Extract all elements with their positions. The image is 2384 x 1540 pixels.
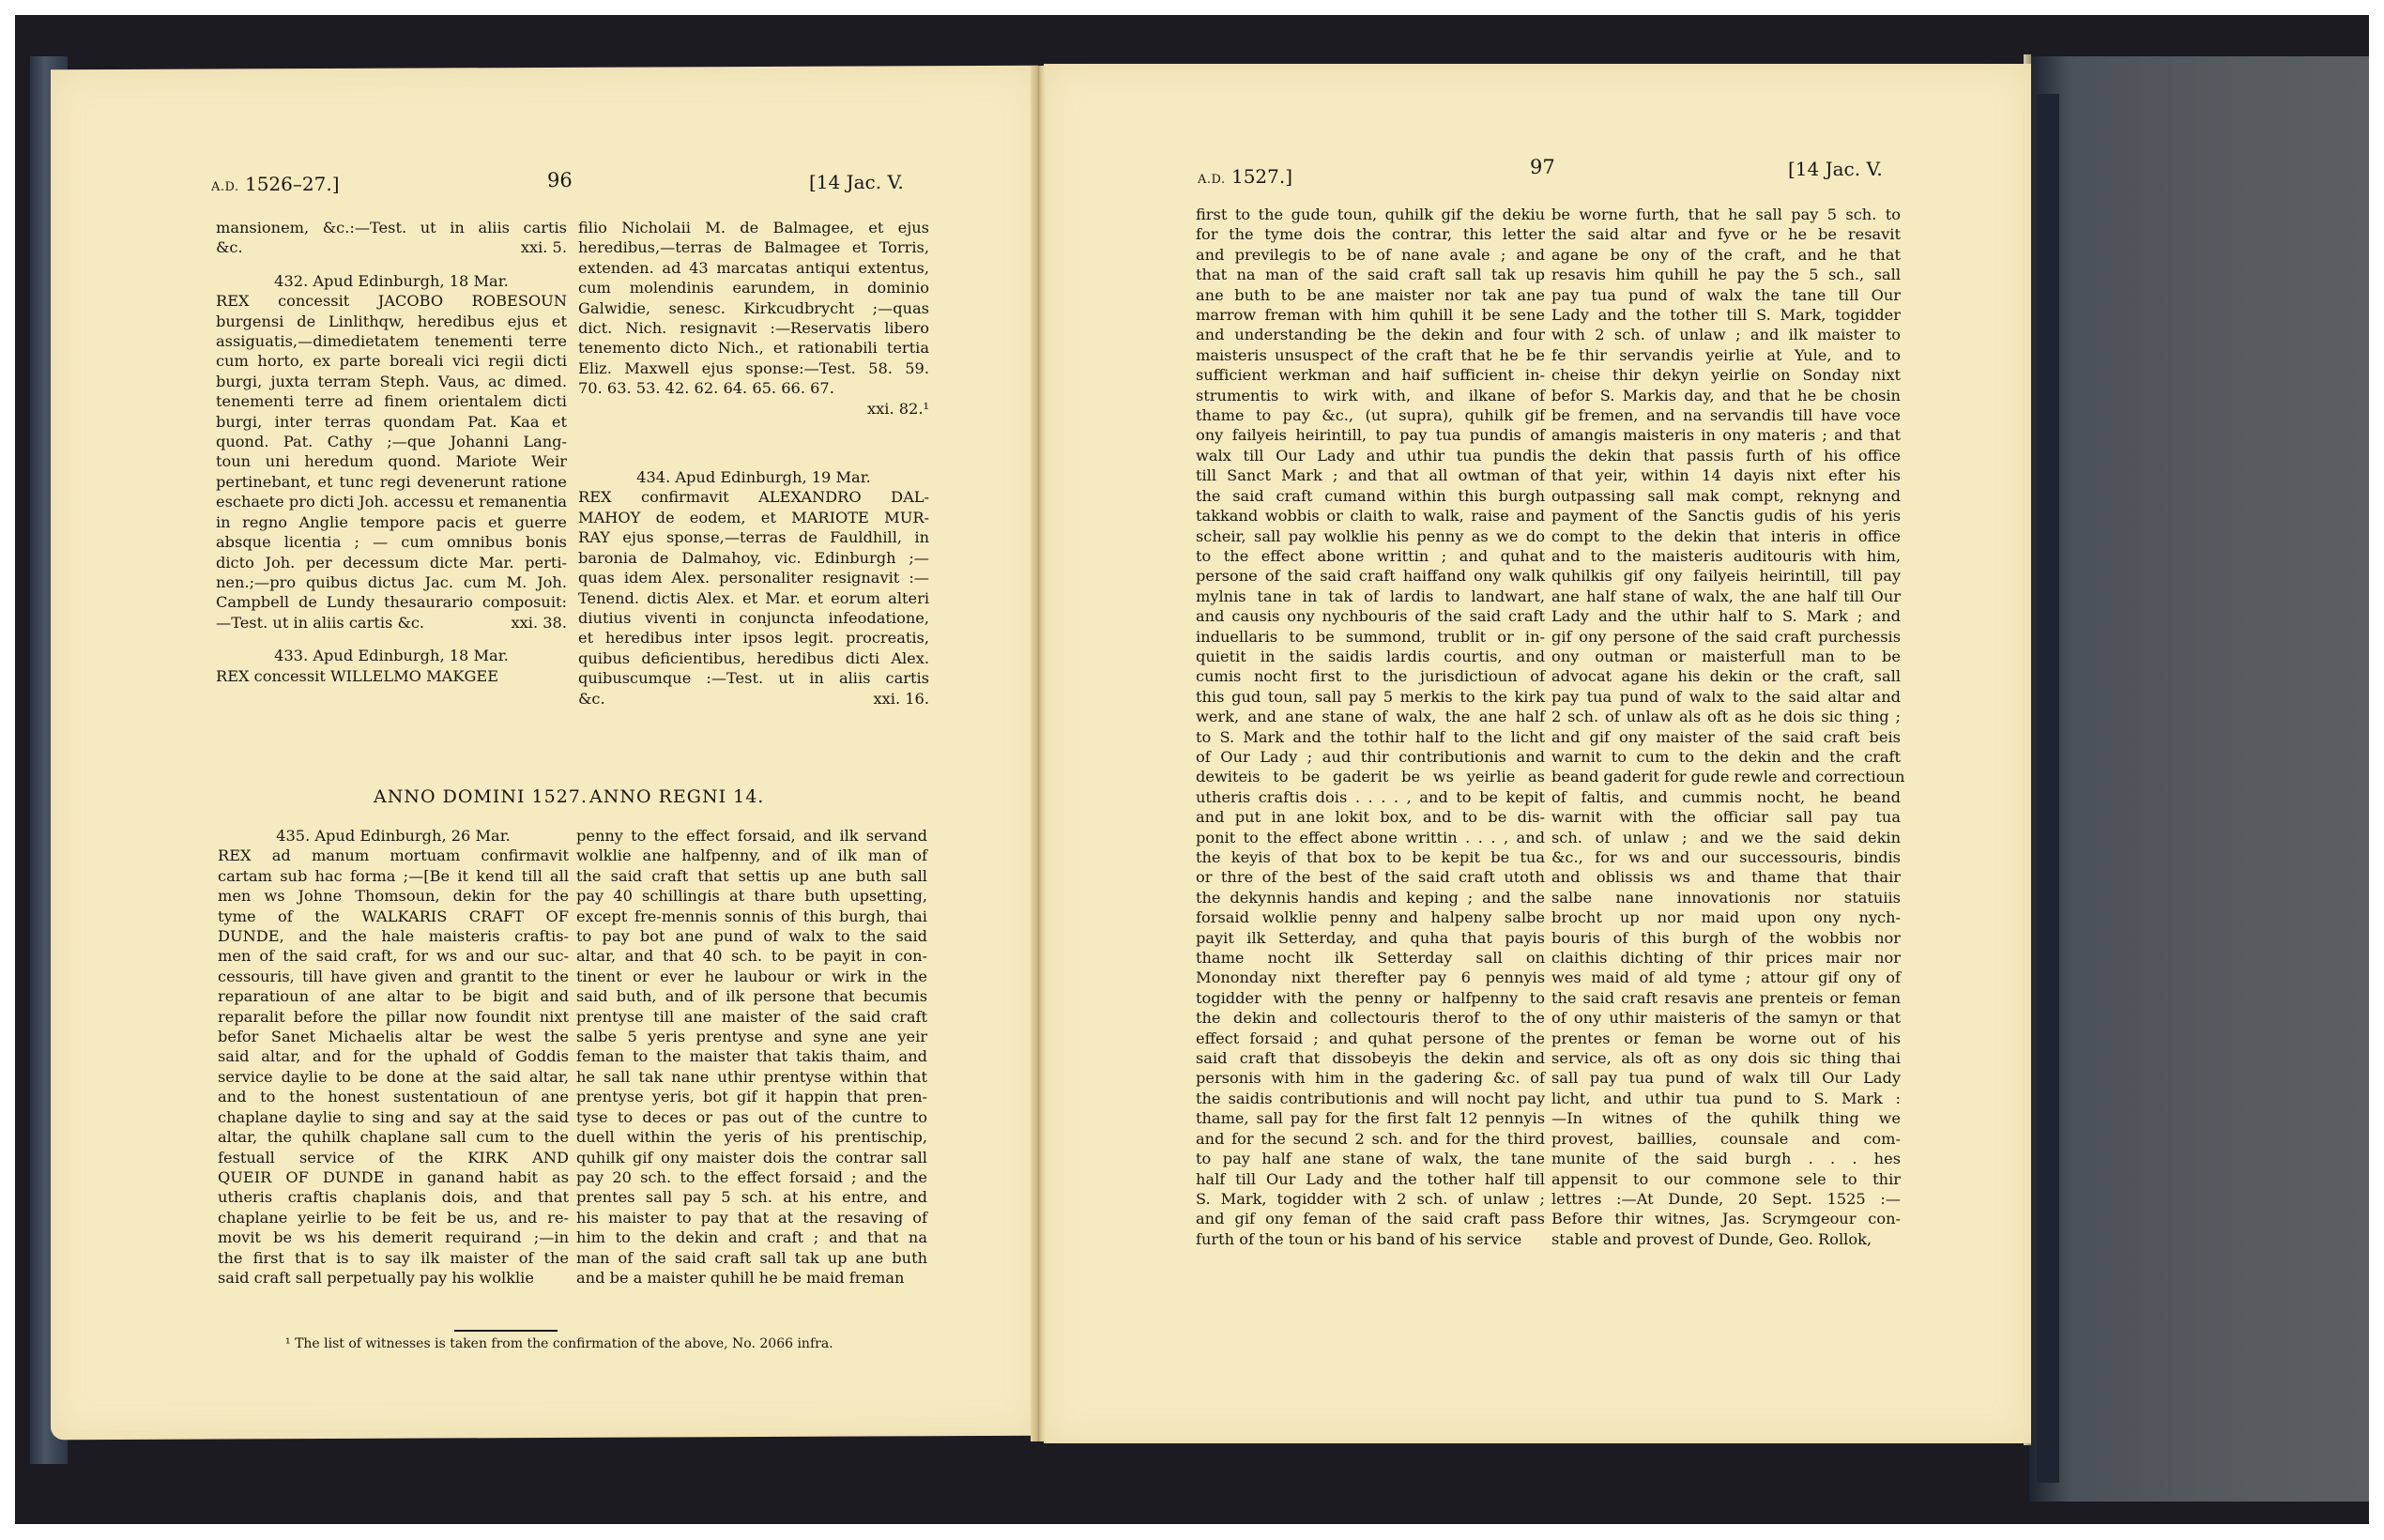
text-line: chaplane yeirlie to be feit be us, and r… xyxy=(218,1208,569,1227)
text-line: fe thir servandis yeirlie at Yule, and t… xyxy=(1551,345,1901,365)
text-line: to S. Mark and the tothir half to the li… xyxy=(1196,727,1545,747)
text-line: duell within the yeris of his prentischi… xyxy=(576,1127,927,1147)
text-line: he sall tak nane uthir prentyse within t… xyxy=(576,1067,927,1087)
text-line: mylnis tane in tak of lardis to landwart… xyxy=(1196,587,1545,606)
continuation-line: &c.xxi. 5. xyxy=(216,237,567,257)
text-line: said craft that dissobeyis the dekin and xyxy=(1196,1048,1545,1068)
text-line: sall pay tua pund of walx till Our Lady xyxy=(1551,1068,1901,1088)
text-line: cheise thir dekyn yeirlie on Sonday nixt xyxy=(1551,365,1901,385)
text-line: to pay half ane stane of walx, the tane xyxy=(1196,1149,1545,1168)
text-line: bouris of this burgh of the wobbis nor xyxy=(1551,928,1901,948)
text-line: and put in ane lokit box, and to be dis- xyxy=(1196,807,1545,827)
text-line: chaplane daylie to sing and say at the s… xyxy=(218,1107,569,1127)
text-line: that yeir, within 14 dayis nixt efter hi… xyxy=(1551,465,1901,485)
text-line: prentes or feman be worne out of his xyxy=(1551,1029,1901,1048)
text-line: toun uni heredum quond. Mariote Weir xyxy=(216,451,567,471)
text-line: brocht up nor maid upon ony nych- xyxy=(1551,907,1901,927)
text-line: movit be ws his demerit requirand ;—in xyxy=(218,1227,569,1247)
anno-regni-heading: ANNO REGNI 14. xyxy=(589,786,764,807)
text-line: wolklie ane halfpenny, and of ilk man of xyxy=(576,846,927,865)
text-line: his maister to pay that at the resaving … xyxy=(576,1208,927,1227)
text-line: cumis nocht first to the jurisdictioun o… xyxy=(1196,666,1545,686)
text-line: reparatioun of ane altar to be bigit and xyxy=(218,986,569,1006)
text-line: REX concessit WILLELMO MAKGEE xyxy=(216,666,567,686)
text-line: personis with him in the gadering &c. of xyxy=(1196,1068,1545,1088)
text-line: this gud toun, sall pay 5 merkis to the … xyxy=(1196,687,1545,707)
text-line: heredibus,—terras de Balmagee et Torris, xyxy=(578,237,929,257)
entry-heading-434: 434. Apud Edinburgh, 19 Mar. xyxy=(578,467,929,487)
left-col1-upper: mansionem, &c.:—Test. ut in aliis cartis… xyxy=(216,218,567,686)
text-line: togidder with the penny or halfpenny to xyxy=(1196,988,1545,1008)
text-line: REX ad manum mortuam confirmavit xyxy=(218,846,569,865)
text-line: quietit in the saidis lardis courtis, an… xyxy=(1196,647,1545,666)
text-line: ane half stane of walx, the ane half til… xyxy=(1551,587,1901,606)
text-line: reparalit before the pillar now foundit … xyxy=(218,1007,569,1027)
text-line: the said altar and fyve or he be resavit xyxy=(1551,224,1901,244)
text-line: the dekin that passis furth of his offic… xyxy=(1551,446,1901,465)
text-line: pay 40 schillingis at thare buth upsetti… xyxy=(576,886,927,906)
text-line: extenden. ad 43 marcatas antiqui extentu… xyxy=(578,258,929,278)
text-line: and understanding be the dekin and four xyxy=(1196,325,1545,344)
text-line: said craft sall perpetually pay his wolk… xyxy=(218,1268,569,1288)
entry-heading-435: 435. Apud Edinburgh, 26 Mar. xyxy=(218,826,569,846)
text-line: prentyse till ane maister of the said cr… xyxy=(576,1007,927,1027)
text-line: thame nocht ilk Setterday sall on xyxy=(1196,948,1545,968)
text-line: men of the said craft, for ws and our su… xyxy=(218,946,569,966)
text-line: Tenend. dictis Alex. et Mar. et eorum al… xyxy=(578,588,929,608)
text-line: tyse to deces or pas out of the cuntre t… xyxy=(576,1107,927,1127)
text-line: the dekin and collectouris therof to the xyxy=(1196,1008,1545,1028)
text-line: Lady and the uthir half to S. Mark ; and xyxy=(1551,606,1901,626)
text-line: or thre of the best of the said craft ut… xyxy=(1196,867,1545,887)
text-line: Galwidie, senesc. Kirkcudbrycht ;—quas xyxy=(578,298,929,318)
text-line: &c., for ws and our successouris, bindis xyxy=(1551,847,1901,867)
entry-435-body: REX ad manum mortuam confirmavitcartam s… xyxy=(218,846,569,1288)
text-line: pay tua pund of walx to the said altar a… xyxy=(1551,687,1901,707)
text-line: S. Mark, togidder with 2 sch. of unlaw ; xyxy=(1196,1189,1545,1209)
text-line: thame, sall pay for the first falt 12 pe… xyxy=(1196,1108,1545,1128)
text-line: the keyis of that box to be kepit be tua xyxy=(1196,847,1545,867)
right-col1: first to the gude toun, quhilk gif the d… xyxy=(1196,205,1545,1249)
text-line: warnit to cum to the dekin and the craft xyxy=(1551,747,1901,767)
text-line: ony failyeis heirintill, to pay tua pund… xyxy=(1196,425,1545,445)
text-line: tinent or ever he laubour or wirk in the xyxy=(576,967,927,986)
text-line: resavis him quhill he pay the 5 sch., sa… xyxy=(1551,265,1901,284)
text-line: 2 sch. of unlaw als oft as he dois sic t… xyxy=(1551,707,1901,726)
right-page-number: 97 xyxy=(1530,156,1555,178)
text-line: to pay bot ane pund of walx to the said xyxy=(576,926,927,946)
text-line: claithis dichting of thir prices mair no… xyxy=(1551,948,1901,968)
text-line: effect forsaid ; and quhat persone of th… xyxy=(1196,1029,1545,1048)
text-line: MAHOY de eodem, et MARIOTE MUR- xyxy=(578,508,929,527)
text-line: et heredibus inter ipsos legit. procreat… xyxy=(578,628,929,648)
text-line: dicto Joh. per decessum dicte Mar. perti… xyxy=(216,553,567,572)
left-col2-lower: penny to the effect forsaid, and ilk ser… xyxy=(576,826,927,1288)
text-line: Before thir witnes, Jas. Scrymgeour con- xyxy=(1551,1209,1901,1228)
text-line: REX confirmavit ALEXANDRO DAL- xyxy=(578,487,929,507)
text-line: and for the secund 2 sch. and for the th… xyxy=(1196,1129,1545,1149)
right-cover-board xyxy=(2029,56,2369,1502)
right-header-date: A.D. 1527.] xyxy=(1198,165,1292,188)
entry-433-body: REX concessit WILLELMO MAKGEE xyxy=(216,666,567,686)
text-line: persone of the said craft haiffand ony w… xyxy=(1196,566,1545,586)
text-line: gif ony persone of the said craft purche… xyxy=(1551,627,1901,647)
text-line: and causis ony nychbouris of the said cr… xyxy=(1196,606,1545,626)
text-line: service daylie to be done at the said al… xyxy=(218,1067,569,1087)
text-line: pay tua pund of walx the tane till Our xyxy=(1551,285,1901,305)
right-col2: be worne furth, that he sall pay 5 sch. … xyxy=(1551,205,1901,1249)
text-line: stable and provest of Dunde, Geo. Rollok… xyxy=(1551,1229,1901,1249)
entry-432-body: REX concessit JACOBO ROBESOUNburgensi de… xyxy=(216,291,567,633)
text-line: utheris craftis chaplanis dois, and that xyxy=(218,1187,569,1207)
text-line: outpassing sall mak compt, reknyng and xyxy=(1551,486,1901,506)
text-line: provest, baillies, counsale and com- xyxy=(1551,1129,1901,1149)
text-line: —In witnes of the quhilk thing we xyxy=(1551,1108,1901,1128)
text-line: dewiteis to be gaderit be ws yeirlie as xyxy=(1196,767,1545,786)
text-line: of faltis, and cummis nocht, he beand xyxy=(1551,787,1901,807)
text-line: to the effect abone writtin ; and quhat xyxy=(1196,546,1545,566)
text-line: —Test. ut in aliis cartis &c.xxi. 38. xyxy=(216,613,567,633)
text-line: tenementi terre ad finem orientalem dict… xyxy=(216,391,567,411)
record-reference: xxi. 82.¹ xyxy=(578,399,929,419)
continuation-line: mansionem, &c.:—Test. ut in aliis cartis xyxy=(216,218,567,237)
text-line: the saidis contributionis and will nocht… xyxy=(1196,1089,1545,1108)
entry-heading-432: 432. Apud Edinburgh, 18 Mar. xyxy=(216,271,567,291)
text-line: prentyse yeris, bot gif it happin that p… xyxy=(576,1087,927,1106)
record-reference: xxi. 38. xyxy=(512,613,567,633)
text-line: walx till Our Lady and uthir tua pundis xyxy=(1196,446,1545,465)
text-line: quhilkis gif ony failyeis heirintill, ti… xyxy=(1551,566,1901,586)
right-col2-body: be worne furth, that he sall pay 5 sch. … xyxy=(1551,205,1901,1249)
text-line: prentes sall pay 5 sch. at his entre, an… xyxy=(576,1187,927,1207)
text-line: absque licentia ; — cum omnibus bonis xyxy=(216,532,567,552)
text-line: and previlegis to be of nane avale ; and xyxy=(1196,245,1545,265)
text-line: salbe nane innovationis nor statuiis xyxy=(1551,888,1901,907)
text-line: furth of the toun or his band of his ser… xyxy=(1196,1229,1545,1249)
text-line: sch. of unlaw ; and we the said dekin xyxy=(1551,828,1901,847)
text-line: of ony uthir maisteris of the samyn or t… xyxy=(1551,1008,1901,1028)
text-line: and to the maisteris auditouris with him… xyxy=(1551,546,1901,566)
text-line: altar, the quhilk chaplane sall cum to t… xyxy=(218,1127,569,1147)
record-reference: xxi. 5. xyxy=(521,237,567,257)
text-line: strumentis to wirk with, and ilkane of xyxy=(1196,386,1545,405)
text-line: quond. Pat. Cathy ;—que Johanni Lang- xyxy=(216,432,567,451)
text-line: service, als oft as ony dois sic thing t… xyxy=(1551,1048,1901,1068)
left-page-number: 96 xyxy=(547,169,573,191)
left-header-date: A.D. 1526–27.] xyxy=(211,173,340,195)
text-line: advocat agane his dekin or the craft, sa… xyxy=(1551,666,1901,686)
text-line: maisteris unsuspect of the craft that he… xyxy=(1196,345,1545,365)
text-line: baronia de Dalmahoy, vic. Edinburgh ;— xyxy=(578,548,929,568)
text-line: men ws Johne Thomsoun, dekin for the xyxy=(218,886,569,906)
text-line: diutius viventi in conjuncta infeodation… xyxy=(578,608,929,628)
text-line: the said craft that settis up ane buth s… xyxy=(576,866,927,886)
text-line: thame to pay &c., (ut supra), quhilk gif xyxy=(1196,405,1545,425)
text-line: with 2 sch. of unlaw ; and ilk maister t… xyxy=(1551,325,1901,344)
text-line: and oblissis ws and thame that thair xyxy=(1551,867,1901,887)
text-line: cum molendinis earundem, in dominio xyxy=(578,278,929,297)
text-line: and be a maister quhill he be maid frema… xyxy=(576,1268,927,1288)
text-line: wes maid of ald tyme ; attour gif ony of xyxy=(1551,968,1901,987)
text-line: half till Our Lady and the tother half t… xyxy=(1196,1169,1545,1189)
text-line: be worne furth, that he sall pay 5 sch. … xyxy=(1551,205,1901,224)
left-col2-upper: filio Nicholaii M. de Balmagee, et ejush… xyxy=(578,218,929,709)
text-line: payment of the Sanctis gudis of his yeri… xyxy=(1551,506,1901,526)
text-line: pay 20 sch. to the effect forsaid ; and … xyxy=(576,1167,927,1187)
footnote-rule xyxy=(454,1330,558,1332)
text-line: burgi, inter terras quondam Pat. Kaa et xyxy=(216,412,567,432)
text-line: takkand wobbis or claith to walk, raise … xyxy=(1196,506,1545,526)
record-reference: xxi. 16. xyxy=(874,689,929,709)
text-line: tenemento dicto Nich., et rationabili te… xyxy=(578,338,929,358)
text-line: feman to the maister that takis thaim, a… xyxy=(576,1046,927,1066)
text-line: except fre-mennis sonnis of this burgh, … xyxy=(576,907,927,926)
text-line: burgensi de Linlithqw, heredibus ejus et xyxy=(216,312,567,331)
text-line: REX concessit JACOBO ROBESOUN xyxy=(216,291,567,311)
text-line: Eliz. Maxwell ejus sponse:—Test. 58. 59. xyxy=(578,358,929,378)
text-line: &c.xxi. 16. xyxy=(578,689,929,709)
text-line: compt to the dekin that interis in offic… xyxy=(1551,526,1901,546)
text-line: first to the gude toun, quhilk gif the d… xyxy=(1196,205,1545,224)
text-line: the said craft resavis ane prenteis or f… xyxy=(1551,988,1901,1008)
left-header-reign: [14 Jac. V. xyxy=(809,171,904,193)
entry-433-continuation: filio Nicholaii M. de Balmagee, et ejush… xyxy=(578,218,929,399)
text-line: ony outman or maisterfull man to be xyxy=(1551,647,1901,666)
text-line: nen.;—pro quibus dictus Jac. cum M. Joh. xyxy=(216,572,567,592)
text-line: filio Nicholaii M. de Balmagee, et ejus xyxy=(578,218,929,237)
text-line: payit ilk Setterday, and quha that payis xyxy=(1196,928,1545,948)
text-line: quibus deficientibus, heredibus dicti Al… xyxy=(578,648,929,668)
text-line: quibuscumque :—Test. ut in aliis cartis xyxy=(578,668,929,688)
footnote: ¹ The list of witnesses is taken from th… xyxy=(285,1336,833,1351)
right-header-reign: [14 Jac. V. xyxy=(1788,158,1883,180)
text-line: in regno Anglie tempore pacis et guerre xyxy=(216,512,567,532)
entry-435-continuation: penny to the effect forsaid, and ilk ser… xyxy=(576,826,927,1288)
text-line: eschaete pro dicti Joh. accessu et reman… xyxy=(216,492,567,511)
text-line: Lady and the tother till S. Mark, togidd… xyxy=(1551,305,1901,325)
text-line: for the tyme dois the contrar, this lett… xyxy=(1196,224,1545,244)
text-line: warnit with the officiar sall pay tua xyxy=(1551,807,1901,827)
text-line: ponit to the effect abone writtin . . . … xyxy=(1196,828,1545,847)
text-line: till Sanct Mark ; and that all owtman of xyxy=(1196,465,1545,485)
text-line: sufficient werkman and haif sufficient i… xyxy=(1196,365,1545,385)
text-line: scheir, sall pay wolklie his penny as we… xyxy=(1196,526,1545,546)
text-line: RAY ejus sponse,—terras de Fauldhill, in xyxy=(578,527,929,547)
text-line: be fremen, and na servandis till have vo… xyxy=(1551,405,1901,425)
right-cover-edge xyxy=(2037,94,2059,1483)
left-col1-lower: 435. Apud Edinburgh, 26 Mar. REX ad manu… xyxy=(218,826,569,1288)
text-line: cartam sub hac forma ;—[Be it kend till … xyxy=(218,866,569,886)
text-line: licht, and uthir tua pund to S. Mark : xyxy=(1551,1089,1901,1108)
text-line: 70. 63. 53. 42. 62. 64. 65. 66. 67. xyxy=(578,378,929,398)
text-line: and gif ony maister of the said craft be… xyxy=(1551,727,1901,747)
right-col1-body: first to the gude toun, quhilk gif the d… xyxy=(1196,205,1545,1249)
text-line: beand gaderit for gude rewle and correct… xyxy=(1551,767,1901,786)
text-line: him to the dekin and craft ; and that na xyxy=(576,1227,927,1247)
text-line: QUEIR OF DUNDE in ganand habit as xyxy=(218,1167,569,1187)
text-line: and gif ony feman of the said craft pass xyxy=(1196,1209,1545,1228)
text-line: burgi, juxta terram Steph. Vaus, ac dime… xyxy=(216,372,567,391)
text-line: tyme of the WALKARIS CRAFT OF xyxy=(218,907,569,926)
text-line: amangis maisteris in ony materis ; and t… xyxy=(1551,425,1901,445)
entry-434-body: REX confirmavit ALEXANDRO DAL-MAHOY de e… xyxy=(578,487,929,708)
text-line: cessouris, till have given and grantit t… xyxy=(218,967,569,986)
text-line: utheris craftis dois . . . . , and to be… xyxy=(1196,787,1545,807)
text-line: said altar, and for the uphald of Goddis xyxy=(218,1046,569,1066)
book-gutter xyxy=(1031,66,1046,1441)
text-line: man of the said craft sall tak up ane bu… xyxy=(576,1248,927,1268)
text-line: dict. Nich. resignavit :—Reservatis libe… xyxy=(578,318,929,338)
text-line: that na man of the said craft sall tak u… xyxy=(1196,265,1545,284)
text-line: of Our Lady ; aud thir contributionis an… xyxy=(1196,747,1545,767)
text-line: ane buth to be ane maister nor tak ane xyxy=(1196,285,1545,305)
text-line: Campbell de Lundy thesaurario composuit: xyxy=(216,592,567,612)
text-line: the said craft cumand within this burgh xyxy=(1196,486,1545,506)
text-line: forsaid wolklie penny and halpeny salbe xyxy=(1196,907,1545,927)
text-line: quhilk gif ony maister dois the contrar … xyxy=(576,1148,927,1167)
text-line: assiguatis,—dimedietatem tenementi terre xyxy=(216,331,567,351)
text-line: and to the honest sustentatioun of ane xyxy=(218,1087,569,1106)
text-line: altar, and that 40 sch. to be payit in c… xyxy=(576,946,927,966)
text-line: appensit to our commone sele to thir xyxy=(1551,1169,1901,1189)
anno-domini-heading: ANNO DOMINI 1527. xyxy=(374,786,588,807)
text-line: DUNDE, and the hale maisteris craftis- xyxy=(218,926,569,946)
text-line: quas idem Alex. personaliter resignavit … xyxy=(578,568,929,587)
text-line: salbe 5 yeris prentyse and syne ane yeir xyxy=(576,1027,927,1046)
text-line: festuall service of the KIRK AND xyxy=(218,1148,569,1167)
text-line: Mononday nixt therefter pay 6 pennyis xyxy=(1196,968,1545,987)
text-line: munite of the said burgh . . . hes xyxy=(1551,1149,1901,1168)
text-line: pertinebant, et tunc regi devenerunt rat… xyxy=(216,472,567,492)
text-line: the first that is to say ilk maister of … xyxy=(218,1248,569,1268)
text-line: befor S. Markis day, and that he be chos… xyxy=(1551,386,1901,405)
text-line: cum horto, ex parte boreali vici regii d… xyxy=(216,351,567,371)
entry-heading-433: 433. Apud Edinburgh, 18 Mar. xyxy=(216,646,567,665)
text-line: agane be ony of the craft, and he that xyxy=(1551,245,1901,265)
text-line: the dekynnis handis and keping ; and the xyxy=(1196,888,1545,907)
text-line: said buth, and of ilk persone that becum… xyxy=(576,986,927,1006)
text-line: lettres :—At Dunde, 20 Sept. 1525 :— xyxy=(1551,1189,1901,1209)
text-line: marrow freman with him quhill it be sene xyxy=(1196,305,1545,325)
text-line: werk, and ane stane of walx, the ane hal… xyxy=(1196,707,1545,726)
text-line: befor Sanet Michaelis altar be west the xyxy=(218,1027,569,1046)
text-line: penny to the effect forsaid, and ilk ser… xyxy=(576,826,927,846)
text-line: induellaris to be summond, trublit or in… xyxy=(1196,627,1545,647)
